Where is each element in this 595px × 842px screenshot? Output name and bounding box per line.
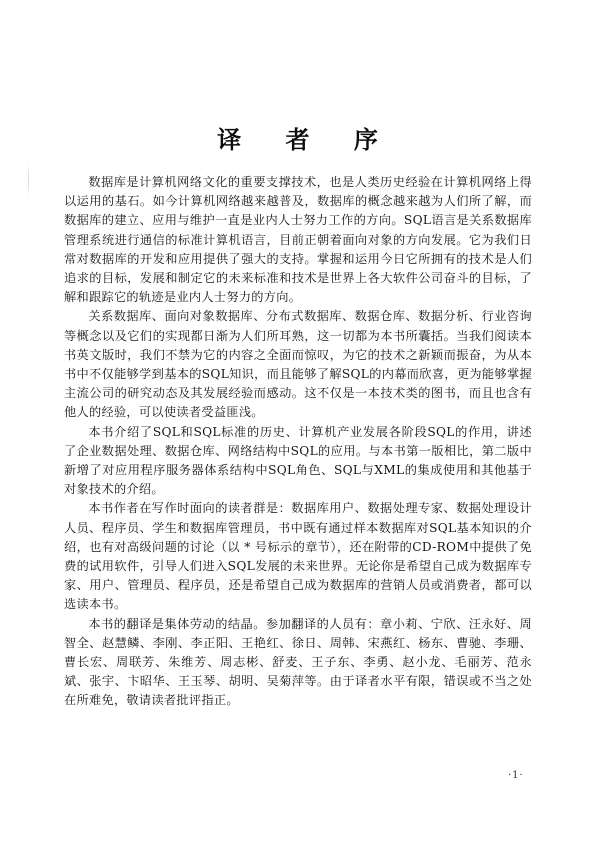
page-title: 译 者 序 bbox=[0, 120, 595, 155]
document-page: 译 者 序 数据库是计算机网络文化的重要支撑技术，也是人类历史经验在计算机网络上… bbox=[0, 0, 595, 842]
paragraph-translators: 本书的翻译是集体劳动的结晶。参加翻译的人员有：章小莉、宁欣、汪永好、周智全、赵慧… bbox=[64, 615, 532, 711]
scan-artifact bbox=[28, 160, 29, 200]
page-number: ·1· bbox=[508, 770, 524, 781]
paragraph-audience: 本书作者在写作时面向的读者群是：数据库用户、数据处理专家、数据处理设计人员、程序… bbox=[64, 499, 532, 614]
preface-body: 数据库是计算机网络文化的重要支撑技术，也是人类历史经验在计算机网络上得以运用的基… bbox=[64, 173, 532, 711]
paragraph-intro: 数据库是计算机网络文化的重要支撑技术，也是人类历史经验在计算机网络上得以运用的基… bbox=[64, 173, 532, 307]
paragraph-contents: 本书介绍了SQL和SQL标准的历史、计算机产业发展各阶段SQL的作用，讲述了企业… bbox=[64, 423, 532, 500]
paragraph-concepts: 关系数据库、面向对象数据库、分布式数据库、数据仓库、数据分析、行业咨询等概念以及… bbox=[64, 307, 532, 422]
